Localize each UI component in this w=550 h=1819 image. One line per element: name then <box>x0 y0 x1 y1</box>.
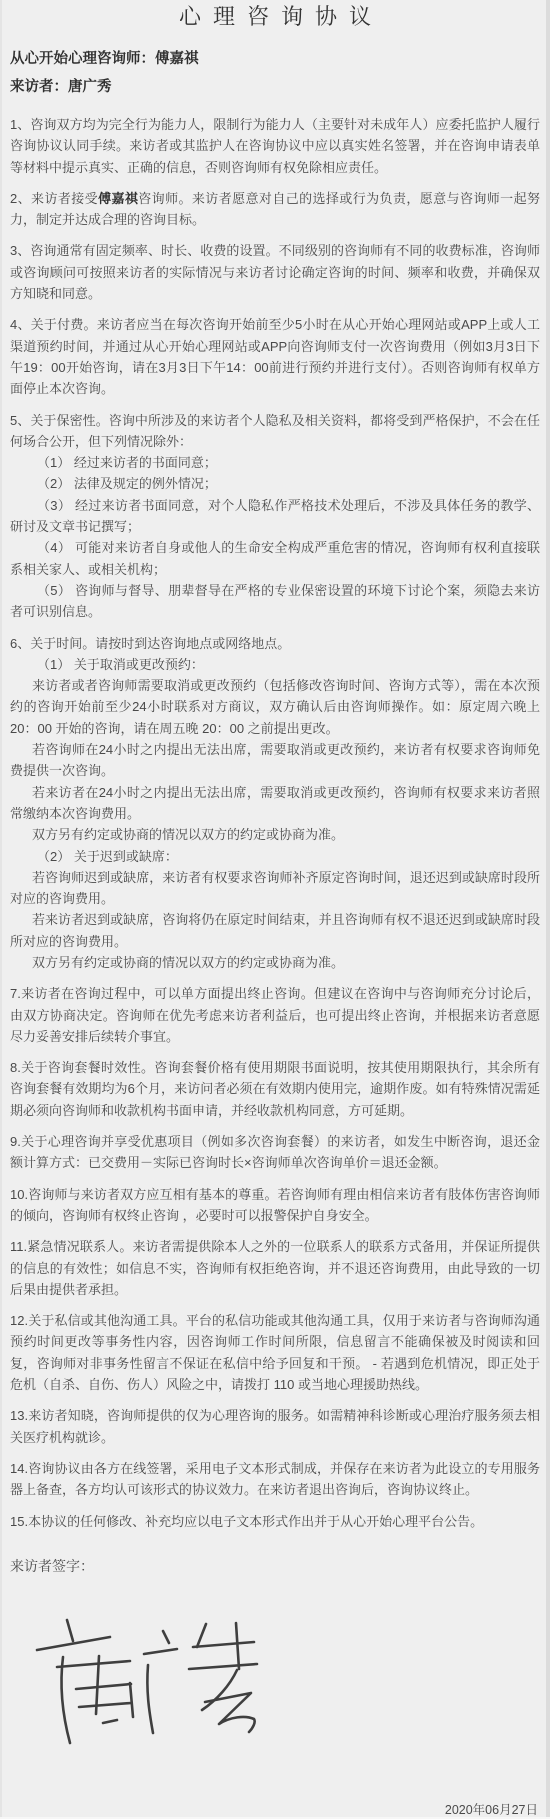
paragraph: （5） 咨询师与督导、朋辈督导在严格的专业保密设置的环境下讨论个案，须隐去来访者… <box>10 580 540 623</box>
paragraph: 8.关于咨询套餐时效性。咨询套餐价格有使用期限书面说明，按其使用期限执行，其余所… <box>10 1057 540 1121</box>
paragraph: （2） 法律及规定的例外情况； <box>10 473 540 494</box>
page-right-edge <box>546 0 550 1819</box>
paragraph: 13.来访者知晓，咨询师提供的仅为心理咨询的服务。如需精神科诊断或心理治疗服务须… <box>10 1405 540 1448</box>
paragraph: 双方另有约定或协商的情况以双方的约定或协商为准。 <box>10 952 540 973</box>
paragraph: 3、咨询通常有固定频率、时长、收费的设置。不同级别的咨询师有不同的收费标准，咨询… <box>10 240 540 304</box>
page-title: 心理咨询协议 <box>10 0 540 31</box>
client-name: 唐广秀 <box>68 79 112 95</box>
paragraph: 11.紧急情况联系人。来访者需提供除本人之外的一位联系人的联系方式备用，并保证所… <box>10 1236 540 1300</box>
paragraph: 14.咨询协议由各方在线签署，采用电子文本形式制成，并保存在来访者为此设立的专用… <box>10 1458 540 1501</box>
paragraph: 若来访者在24小时之内提出无法出席，需要取消或更改预约，咨询师有权要求来访者照常… <box>10 782 540 825</box>
signature-area <box>25 1605 540 1750</box>
paragraph: 若咨询师在24小时之内提出无法出席，需要取消或更改预约，来访者有权要求咨询师免费… <box>10 739 540 782</box>
paragraph: 7.来访者在咨询过程中，可以单方面提出终止咨询。但建议在咨询中与咨询师充分讨论后… <box>10 983 540 1047</box>
paragraph: 6、关于时间。请按时到达咨询地点或网络地点。 <box>10 633 540 654</box>
signature-handwriting <box>25 1605 265 1750</box>
counselor-name: 傅嘉祺 <box>155 51 199 67</box>
paragraph: 10.咨询师与来访者双方应互相有基本的尊重。若咨询师有理由相信来访者有肢体伤害咨… <box>10 1184 540 1227</box>
paragraph: （1） 关于取消或更改预约： <box>10 654 540 675</box>
paragraph: （3） 经过来访者书面同意，对个人隐私作严格技术处理后，不涉及具体任务的教学、研… <box>10 495 540 538</box>
client-line: 来访者：唐广秀 <box>10 77 540 97</box>
signature-label: 来访者签字： <box>10 1556 540 1577</box>
paragraph: 9.关于心理咨询并享受优惠项目（例如多次咨询套餐）的来访者，如发生中断咨询，退还… <box>10 1131 540 1174</box>
paragraph: （4） 可能对来访者自身或他人的生命安全构成严重危害的情况，咨询师有权利直接联系… <box>10 537 540 580</box>
paragraph: 4、关于付费。来访者应当在每次咨询开始前至少5小时在从心开始心理网站或APP上或… <box>10 314 540 399</box>
agreement-body: 1、咨询双方均为完全行为能力人，限制行为能力人（主要针对未成年人）应委托监护人履… <box>10 114 540 1532</box>
paragraph: 15.本协议的任何修改、补充均应以电子文本形式作出并于从心开始心理平台公告。 <box>10 1511 540 1532</box>
counselor-line: 从心开始心理咨询师：傅嘉祺 <box>10 49 540 69</box>
paragraph: 来访者或者咨询师需要取消或更改预约（包括修改咨询时间、咨询方式等），需在本次预约… <box>10 675 540 739</box>
paragraph: 若咨询师迟到或缺席，来访者有权要求咨询师补齐原定咨询时间，退还迟到或缺席时段所对… <box>10 867 540 910</box>
counselor-label: 从心开始心理咨询师： <box>10 51 155 67</box>
paragraph: 1、咨询双方均为完全行为能力人，限制行为能力人（主要针对未成年人）应委托监护人履… <box>10 114 540 178</box>
page-left-edge <box>0 0 2 1819</box>
paragraph: 若来访者迟到或缺席，咨询将仍在原定时间结束，并且咨询师有权不退还迟到或缺席时段所… <box>10 909 540 952</box>
paragraph: 双方另有约定或协商的情况以双方的约定或协商为准。 <box>10 824 540 845</box>
agreement-document: 心理咨询协议 从心开始心理咨询师：傅嘉祺 来访者：唐广秀 1、咨询双方均为完全行… <box>0 0 550 1819</box>
paragraph: （2） 关于迟到或缺席： <box>10 846 540 867</box>
paragraph: （1） 经过来访者的书面同意； <box>10 452 540 473</box>
paragraph: 2、来访者接受傅嘉祺咨询师。来访者愿意对自己的选择或行为负责，愿意与咨询师一起努… <box>10 188 540 231</box>
paragraph: 12.关于私信或其他沟通工具。平台的私信功能或其他沟通工具，仅用于来访者与咨询师… <box>10 1310 540 1395</box>
paragraph: 5、关于保密性。咨询中所涉及的来访者个人隐私及相关资料，都将受到严格保护，不会在… <box>10 410 540 453</box>
client-label: 来访者： <box>10 79 68 95</box>
